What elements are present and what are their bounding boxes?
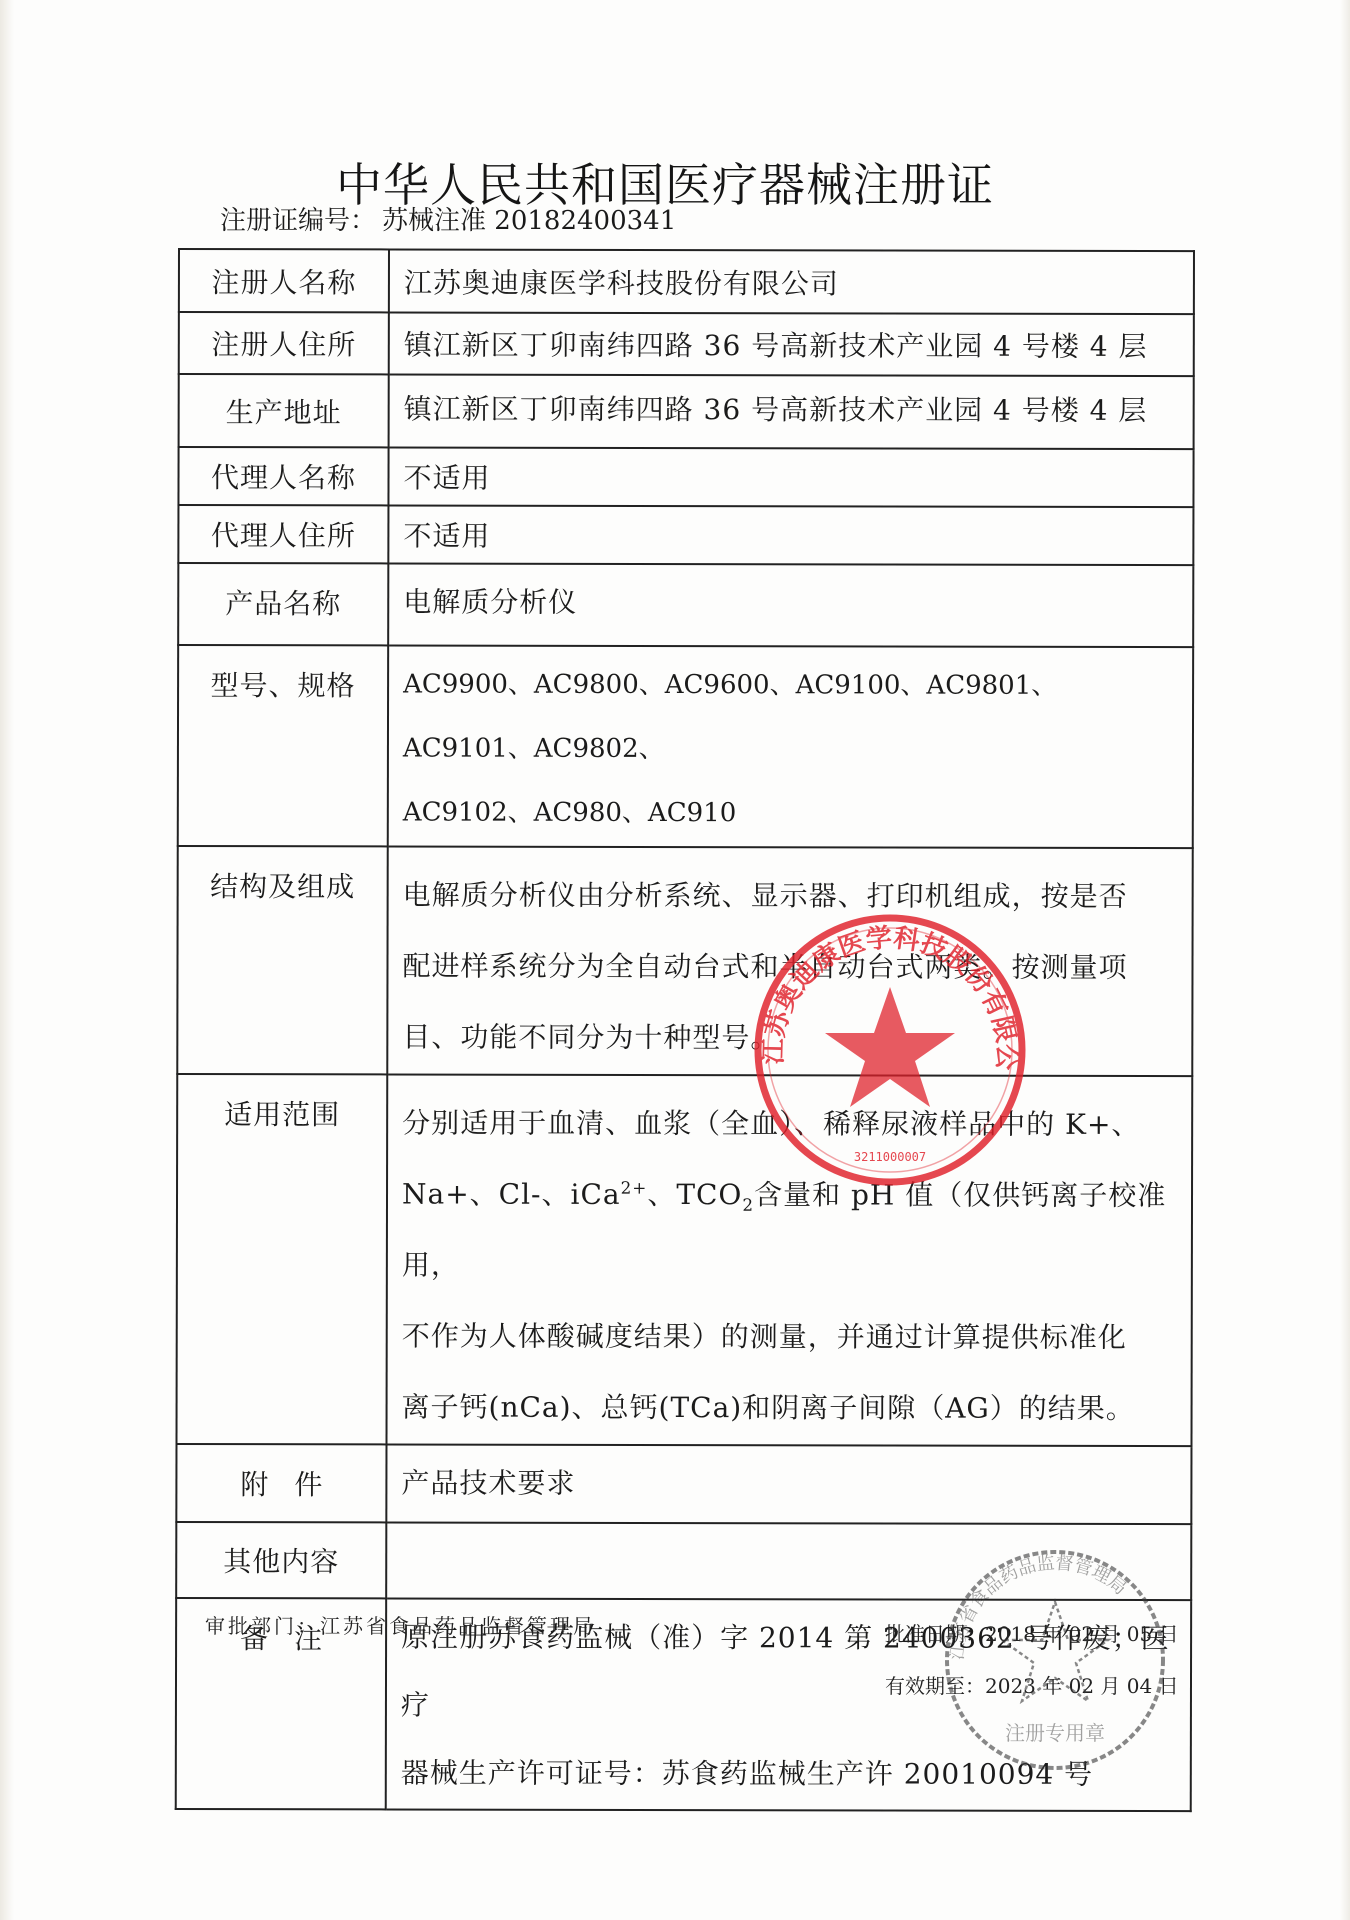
field-label: 附件 [176,1444,386,1522]
scope-line: 离子钙(nCa)、总钙(TCa)和阴离子间隙（AG）的结果。 [401,1371,1182,1444]
approval-department: 审批部门：江苏省食品药品监督管理局 [205,1610,596,1639]
field-label: 代理人住所 [178,505,388,563]
registration-number-label: 注册证编号： [220,206,376,236]
footer-dates: 批准日期：2018 年 02 月 05 日 有效期至：2023 年 02 月 0… [885,1608,1179,1712]
remarks-line: 器械生产许可证号：苏食药监械生产许 20010094 号 [401,1739,1182,1809]
table-row: 生产地址 镇江新区丁卯南纬四路 36 号高新技术产业园 4 号楼 4 层 [179,374,1194,449]
registration-number-line: 注册证编号：苏械注准 20182400341 [220,200,676,237]
product-name-value: 电解质分析仪 [388,563,1193,647]
table-row: 代理人名称 不适用 [178,447,1193,507]
registrant-address-value: 镇江新区丁卯南纬四路 36 号高新技术产业园 4 号楼 4 层 [389,312,1194,376]
table-row: 型号、规格 AC9900、AC9800、AC9600、AC9100、AC9801… [178,645,1193,848]
structure-value: 电解质分析仪由分析系统、显示器、打印机组成，按是否 配进样系统分为全自动台式和半… [387,846,1192,1076]
field-label: 产品名称 [178,563,388,645]
agent-address-value: 不适用 [388,505,1193,565]
table-row: 注册人住所 镇江新区丁卯南纬四路 36 号高新技术产业园 4 号楼 4 层 [179,312,1194,376]
field-label: 适用范围 [176,1074,387,1444]
field-label: 代理人名称 [178,447,388,505]
field-label: 注册人名称 [179,249,389,312]
scope-line: Na+、Cl-、iCa2+、TCO2含量和 pH 值（仅供钙离子校准用， [402,1158,1183,1302]
field-label: 型号、规格 [178,645,388,846]
approval-date: 批准日期：2018 年 02 月 05 日 [885,1608,1179,1660]
table-row: 适用范围 分别适用于血清、血浆（全血）、稀释尿液样品中的 K+、 Na+、Cl-… [176,1074,1192,1446]
table-row: 附件 产品技术要求 [176,1444,1191,1524]
registration-number-value: 苏械注准 20182400341 [382,206,676,236]
production-address-value: 镇江新区丁卯南纬四路 36 号高新技术产业园 4 号楼 4 层 [389,374,1194,449]
scope-line: 分别适用于血清、血浆（全血）、稀释尿液样品中的 K+、 [402,1087,1183,1160]
registrant-name-value: 江苏奥迪康医学科技股份有限公司 [389,249,1194,314]
table-row: 其他内容 [176,1522,1191,1600]
field-label: 结构及组成 [177,846,387,1074]
table-row: 产品名称 电解质分析仪 [178,563,1193,647]
models-line: AC9900、AC9800、AC9600、AC9100、AC9801、AC910… [403,652,1184,782]
scope-line: 不作为人体酸碱度结果）的测量，并通过计算提供标准化 [402,1300,1183,1373]
field-label: 注册人住所 [179,312,389,374]
other-value [386,1522,1191,1600]
structure-line: 电解质分析仪由分析系统、显示器、打印机组成，按是否 [403,859,1184,932]
models-line: AC9102、AC980、AC910 [403,780,1184,846]
field-label: 其他内容 [176,1522,386,1598]
models-value: AC9900、AC9800、AC9600、AC9100、AC9801、AC910… [388,645,1193,848]
page-edge-shadow [1340,0,1350,1920]
page-edge-shadow [0,0,14,1920]
table-row: 注册人名称 江苏奥迪康医学科技股份有限公司 [179,249,1194,314]
attachment-value: 产品技术要求 [386,1444,1191,1524]
certificate-table: 注册人名称 江苏奥迪康医学科技股份有限公司 注册人住所 镇江新区丁卯南纬四路 3… [175,248,1195,1812]
valid-until: 有效期至：2023 年 02 月 04 日 [885,1660,1179,1712]
scope-value: 分别适用于血清、血浆（全血）、稀释尿液样品中的 K+、 Na+、Cl-、iCa2… [386,1074,1192,1446]
field-label: 生产地址 [179,374,389,447]
structure-line: 目、功能不同分为十种型号。 [402,1001,1183,1074]
agent-name-value: 不适用 [388,447,1193,507]
table-row: 代理人住所 不适用 [178,505,1193,565]
structure-line: 配进样系统分为全自动台式和半自动台式两类。按测量项 [402,930,1183,1003]
table-row: 结构及组成 电解质分析仪由分析系统、显示器、打印机组成，按是否 配进样系统分为全… [177,846,1192,1076]
